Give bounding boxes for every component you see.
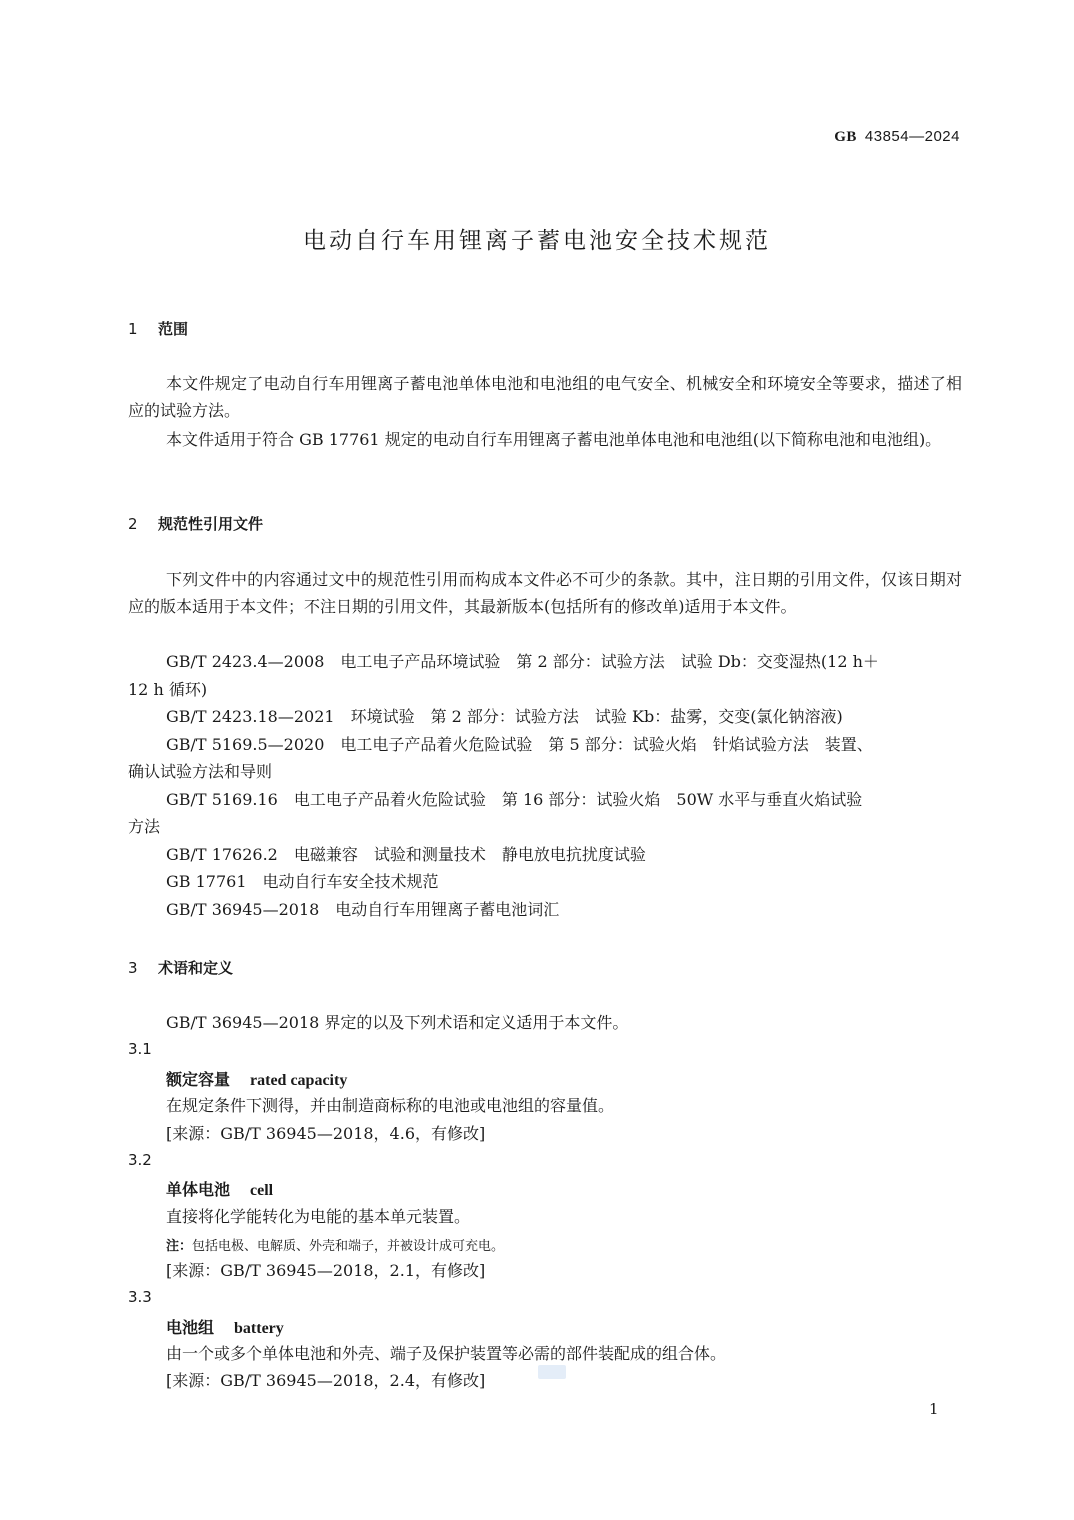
section-title: 规范性引用文件 [158,515,263,533]
standard-prefix: GB [834,129,857,145]
term-name: 电池组battery [166,1315,284,1338]
section-title: 术语和定义 [158,959,233,977]
reference-item-continued: 确认试验方法和导则 [128,758,272,785]
term-name: 单体电池cell [166,1177,273,1200]
term-source: [来源：GB/T 36945—2018，2.1，有修改] [166,1257,485,1284]
section-1-paragraph-2: 本文件适用于符合 GB 17761 规定的电动自行车用锂离子蓄电池单体电池和电池… [128,426,962,453]
page-number: 1 [929,1400,939,1418]
term-english: cell [250,1182,273,1199]
section-number: 1 [128,320,158,338]
reference-item: GB/T 2423.4—2008 电工电子产品环境试验 第 2 部分：试验方法 … [128,648,879,675]
term-chinese: 单体电池 [166,1180,230,1199]
section-3-intro: GB/T 36945—2018 界定的以及下列术语和定义适用于本文件。 [128,1009,628,1036]
note-text: 包括电极、电解质、外壳和端子，并被设计成可充电。 [192,1239,504,1254]
reference-item-continued: 方法 [128,813,160,840]
section-1-heading: 1范围 [128,318,188,339]
standard-code: GB43854—2024 [834,128,960,146]
term-english: battery [234,1320,284,1337]
document-title: 电动自行车用锂离子蓄电池安全技术规范 [0,222,1074,255]
term-english: rated capacity [250,1072,347,1089]
term-chinese: 电池组 [166,1318,214,1337]
term-definition: 直接将化学能转化为电能的基本单元装置。 [166,1203,470,1230]
term-source: [来源：GB/T 36945—2018，2.4，有修改] [166,1367,485,1394]
reference-item: GB 17761 电动自行车安全技术规范 [128,868,439,895]
term-number: 3.2 [128,1151,152,1169]
section-1-paragraph-1: 本文件规定了电动自行车用锂离子蓄电池单体电池和电池组的电气安全、机械安全和环境安… [128,370,962,424]
term-number: 3.1 [128,1040,152,1058]
section-2-intro: 下列文件中的内容通过文中的规范性引用而构成本文件必不可少的条款。其中，注日期的引… [128,566,962,620]
term-source: [来源：GB/T 36945—2018，4.6，有修改] [166,1120,485,1147]
reference-item: GB/T 2423.18—2021 环境试验 第 2 部分：试验方法 试验 Kb… [128,703,843,730]
section-title: 范围 [158,320,188,338]
term-note: 注：包括电极、电解质、外壳和端子，并被设计成可充电。 [166,1235,504,1254]
reference-item-continued: 12 h 循环) [128,676,207,703]
section-number: 3 [128,959,158,977]
reference-item: GB/T 17626.2 电磁兼容 试验和测量技术 静电放电抗扰度试验 [128,841,646,868]
term-number: 3.3 [128,1288,152,1306]
term-definition: 由一个或多个单体电池和外壳、端子及保护装置等必需的部件装配成的组合体。 [166,1340,726,1367]
section-2-heading: 2规范性引用文件 [128,513,263,534]
reference-item: GB/T 5169.16 电工电子产品着火危险试验 第 16 部分：试验火焰 5… [128,786,862,813]
term-name: 额定容量rated capacity [166,1067,347,1090]
note-label: 注： [166,1239,192,1254]
document-page: GB43854—2024 电动自行车用锂离子蓄电池安全技术规范 1范围 本文件规… [0,0,1074,1520]
section-3-heading: 3术语和定义 [128,957,233,978]
reference-item: GB/T 5169.5—2020 电工电子产品着火危险试验 第 5 部分：试验火… [128,731,873,758]
term-definition: 在规定条件下测得，并由制造商标称的电池或电池组的容量值。 [166,1092,614,1119]
reference-item: GB/T 36945—2018 电动自行车用锂离子蓄电池词汇 [128,896,559,923]
term-chinese: 额定容量 [166,1070,230,1089]
watermark-mark [538,1365,566,1379]
standard-number: 43854—2024 [865,128,960,145]
section-number: 2 [128,515,158,533]
